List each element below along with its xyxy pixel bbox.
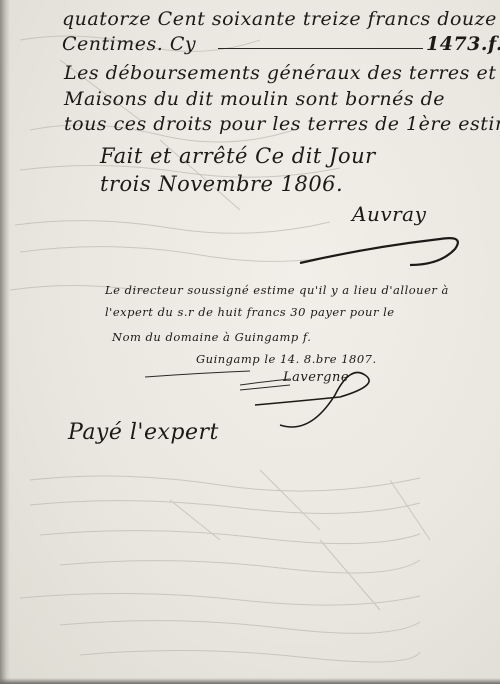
page-bottom-shadow — [0, 678, 500, 684]
annotation-line-4: Guingamp le 14. 8.bre 1807. — [196, 352, 377, 366]
paid-to-expert-text: Payé l'expert — [68, 420, 219, 445]
annotation-line-1: Le directeur soussigné estime qu'il y a … — [105, 283, 449, 297]
signature-flourish-icon — [290, 225, 500, 275]
signature-lavergne: Lavergne — [283, 370, 349, 385]
text-line-1: quatorze Cent soixante treize francs dou… — [62, 8, 497, 30]
manuscript-page: quatorze Cent soixante treize francs dou… — [0, 0, 500, 684]
text-line-6: Fait et arrêté Ce dit Jour — [100, 144, 376, 168]
text-line-7: trois Novembre 1806. — [100, 172, 343, 196]
text-line-2: Centimes. Cy — [62, 33, 196, 55]
amount-leader-line — [218, 48, 423, 49]
signature-auvray: Auvray — [352, 202, 426, 226]
annotation-line-3: Nom du domaine à Guingamp f. — [112, 330, 311, 344]
text-line-5: tous ces droits pour les terres de 1ère … — [64, 113, 500, 135]
annotation-line-2: l'expert du s.r de huit francs 30 payer … — [105, 305, 395, 319]
page-edge-shadow — [0, 0, 10, 684]
text-line-4: Maisons du dit moulin sont bornés de — [64, 88, 445, 110]
text-line-3: Les déboursements généraux des terres et — [64, 62, 496, 84]
amount-total: 1473.f.12. — [426, 33, 500, 55]
